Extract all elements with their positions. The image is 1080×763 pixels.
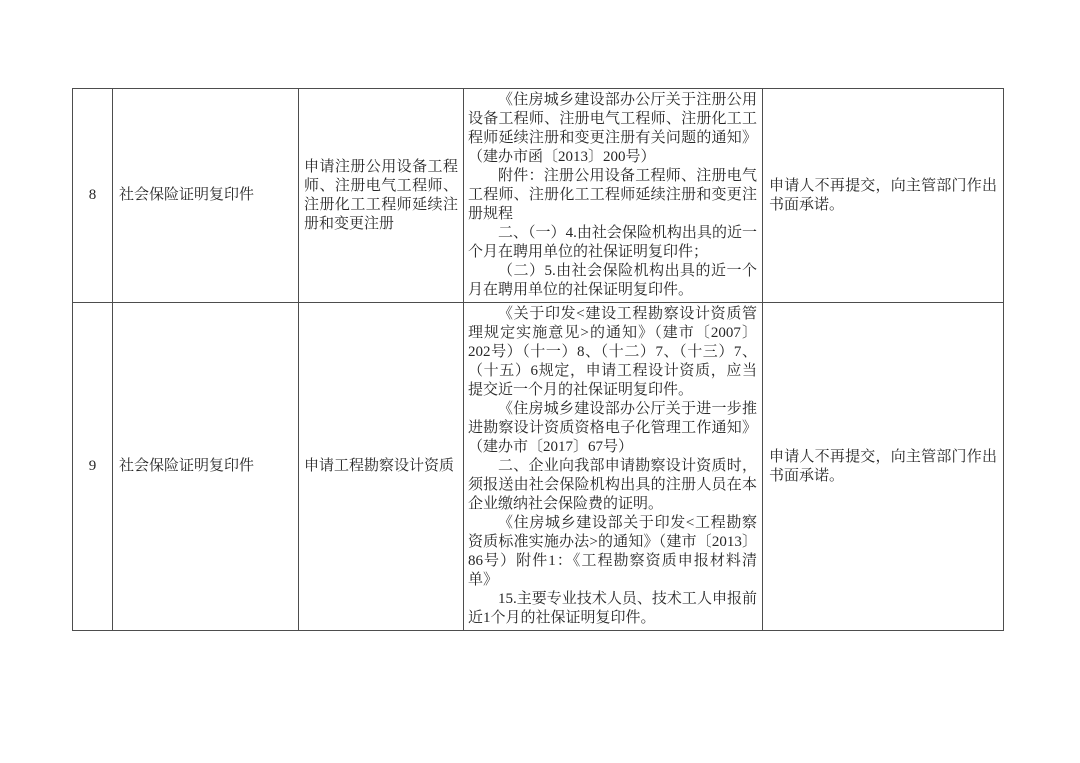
scenario-cell: 申请工程勘察设计资质 [299,303,464,631]
measure-cell: 申请人不再提交，向主管部门作出书面承诺。 [763,89,1004,303]
basis-paragraph: 《住房城乡建设部关于印发<工程勘察资质标准实施办法>的通知》（建市〔2013〕8… [468,514,757,590]
legal-basis-cell: 《住房城乡建设部办公厅关于注册公用设备工程师、注册电气工程师、注册化工工程师延续… [464,89,763,303]
basis-paragraph: 二、企业向我部申请勘察设计资质时，须报送由社会保险机构出具的注册人员在本企业缴纳… [468,457,757,514]
material-name-cell: 社会保险证明复印件 [113,303,299,631]
table-row: 9 社会保险证明复印件 申请工程勘察设计资质 《关于印发<建设工程勘察设计资质管… [73,303,1004,631]
scenario-cell: 申请注册公用设备工程师、注册电气工程师、注册化工工程师延续注册和变更注册 [299,89,464,303]
basis-paragraph: 15.主要专业技术人员、技术工人申报前近1个月的社保证明复印件。 [468,590,757,628]
document-page: 8 社会保险证明复印件 申请注册公用设备工程师、注册电气工程师、注册化工工程师延… [0,0,1080,763]
table-row: 8 社会保险证明复印件 申请注册公用设备工程师、注册电气工程师、注册化工工程师延… [73,89,1004,303]
legal-basis-cell: 《关于印发<建设工程勘察设计资质管理规定实施意见>的通知》（建市〔2007〕20… [464,303,763,631]
basis-paragraph: 《住房城乡建设部办公厅关于注册公用设备工程师、注册电气工程师、注册化工工程师延续… [468,91,757,167]
basis-paragraph: 《关于印发<建设工程勘察设计资质管理规定实施意见>的通知》（建市〔2007〕20… [468,305,757,400]
material-name-cell: 社会保险证明复印件 [113,89,299,303]
basis-paragraph: 《住房城乡建设部办公厅关于进一步推进勘察设计资质资格电子化管理工作通知》（建办市… [468,400,757,457]
basis-paragraph: 附件：注册公用设备工程师、注册电气工程师、注册化工工程师延续注册和变更注册规程 [468,167,757,224]
basis-paragraph: （二）5.由社会保险机构出具的近一个月在聘用单位的社保证明复印件。 [468,262,757,300]
row-number: 9 [73,303,113,631]
row-number: 8 [73,89,113,303]
measure-cell: 申请人不再提交，向主管部门作出书面承诺。 [763,303,1004,631]
materials-table: 8 社会保险证明复印件 申请注册公用设备工程师、注册电气工程师、注册化工工程师延… [72,88,1004,631]
basis-paragraph: 二、（一）4.由社会保险机构出具的近一个月在聘用单位的社保证明复印件； [468,224,757,262]
